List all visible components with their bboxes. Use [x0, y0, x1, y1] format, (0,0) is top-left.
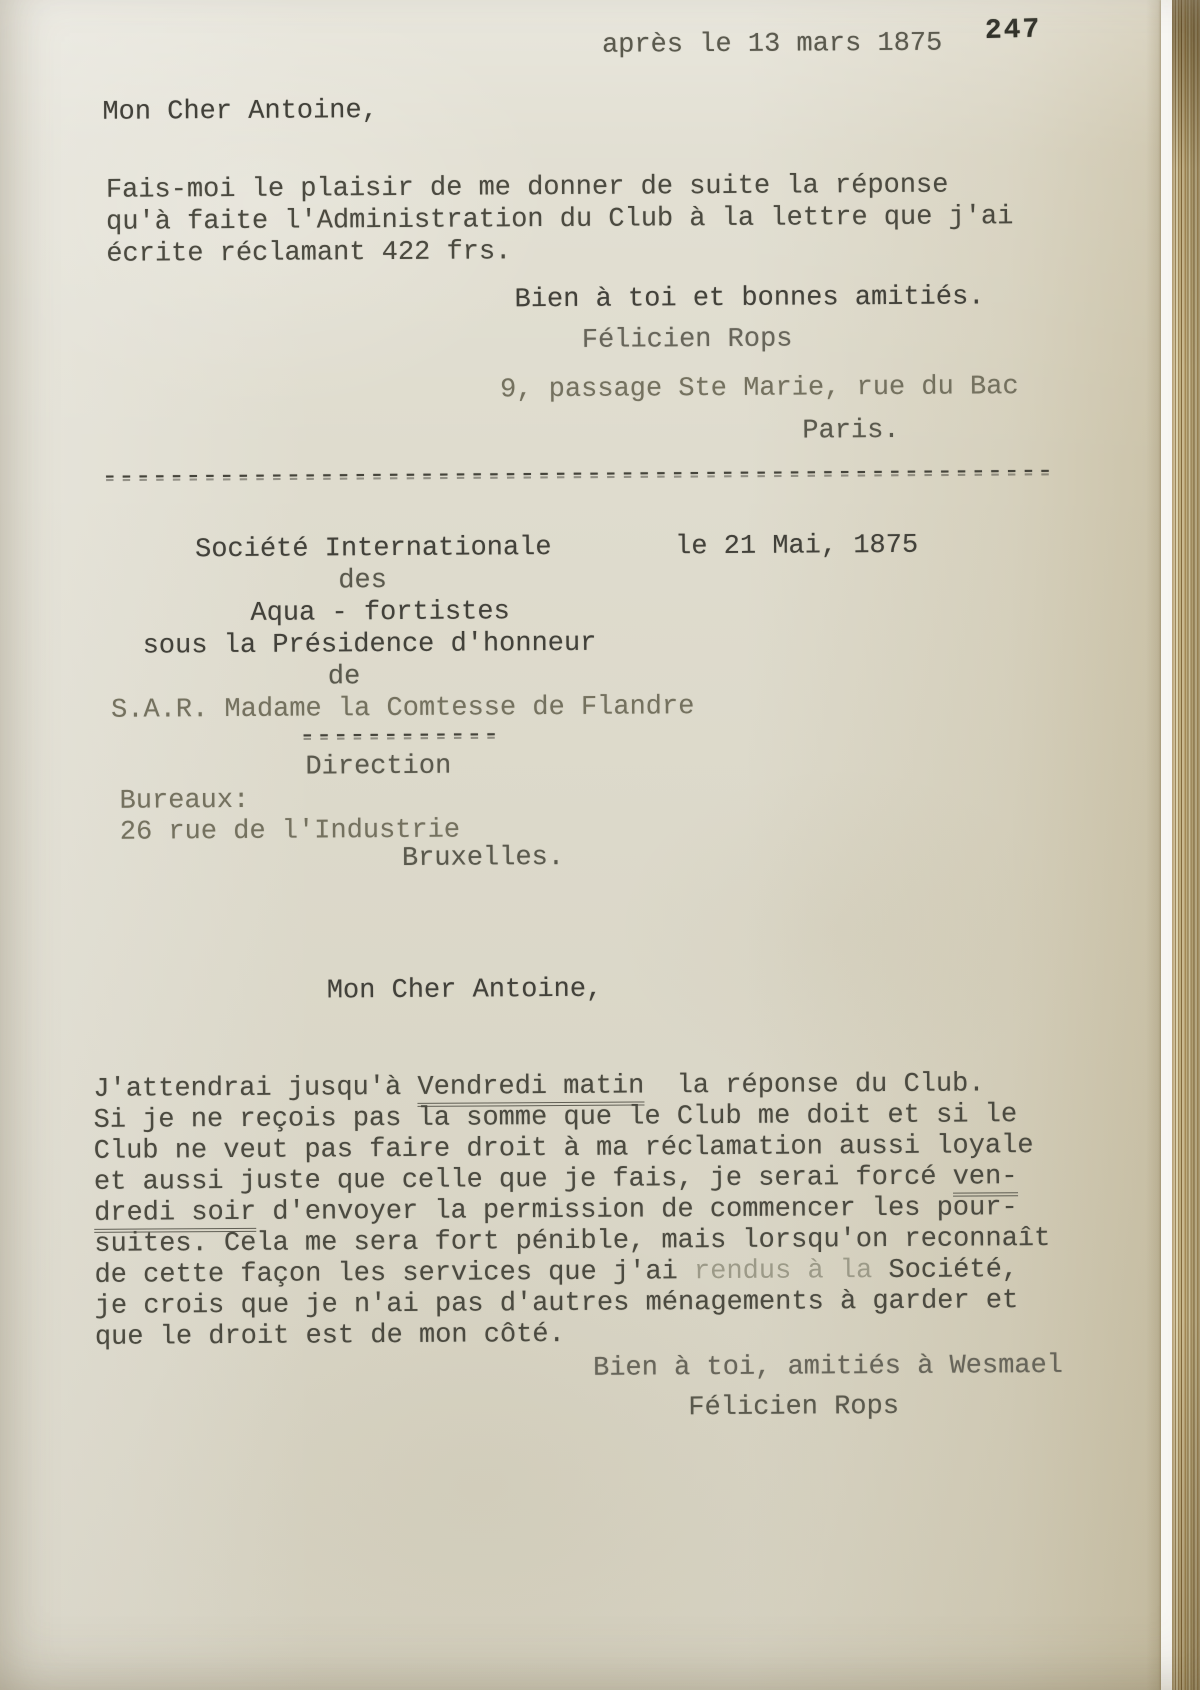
typed-body-line: que le droit est de mon côté. [95, 1317, 1051, 1354]
text-run: que le droit est de mon côté. [95, 1320, 565, 1353]
org-honorary-presidency-line: sous la Présidence d'honneur [143, 631, 597, 661]
letterhead-direction-label: Direction [305, 754, 451, 782]
underlined-text: ven- [953, 1162, 1018, 1196]
letter1-address-street: 9, passage Ste Marie, rue du Bac [500, 374, 1019, 404]
typed-body-line: je crois que je n'ai pas d'autres ménage… [95, 1286, 1051, 1323]
org-name-line3: Aqua - fortistes [250, 599, 509, 628]
letter1-date: après le 13 mars 1875 [602, 31, 942, 60]
org-de-line: de [328, 664, 361, 691]
text-run: Si je ne reçois pas la somme que le Club… [93, 1100, 1017, 1136]
text-run: qu'à faite l'Administration du Club à la… [106, 202, 1014, 238]
book-page-edge [1172, 0, 1200, 1690]
text-run: Fais-moi le plaisir de me donner de suit… [106, 171, 949, 206]
letter2-body: J'attendrai jusqu'à Vendredi matin la ré… [93, 1069, 1051, 1354]
letter1-salutation: Mon Cher Antoine, [102, 98, 378, 127]
underlined-text: dredi soir [94, 1198, 256, 1233]
text-run: Société, [888, 1255, 1018, 1286]
text-run: et aussi juste que celle que je fais, je… [94, 1163, 953, 1198]
page-edge-gap [1161, 0, 1172, 1690]
text-run: rendus à la [694, 1256, 889, 1287]
letter2-closing: Bien à toi, amitiés à Wesmael [593, 1353, 1063, 1383]
text-run: la réponse du Club. [644, 1069, 984, 1101]
letter1-address-city: Paris. [802, 418, 899, 446]
typed-body-line: qu'à faite l'Administration du Club à la… [106, 201, 1014, 239]
letter1-body: Fais-moi le plaisir de me donner de suit… [106, 169, 1014, 271]
text-run: d'envoyer la permission de commencer les… [256, 1193, 1018, 1228]
text-run: suites. Cela me sera fort pénible, mais … [94, 1224, 1050, 1260]
typed-body-line: écrite réclamant 422 frs. [106, 233, 1014, 271]
letterhead-bureaux-label: Bureaux: [120, 788, 250, 816]
org-name-line2: des [338, 568, 387, 595]
letter2-salutation: Mon Cher Antoine, [327, 977, 603, 1006]
page-crease-shadow [1146, 0, 1162, 1690]
letter2-signature: Félicien Rops [688, 1394, 899, 1422]
text-run: de cette façon les services que j'ai [94, 1257, 694, 1291]
letter2-date: le 21 Mai, 1875 [675, 533, 918, 561]
letterhead-office-street: 26 rue de l'Industrie [120, 818, 460, 847]
text-run: Club ne veut pas faire droit à ma réclam… [94, 1131, 1034, 1167]
book-edge-shading [1172, 0, 1200, 1690]
text-run: J'attendrai jusqu'à [93, 1073, 417, 1105]
scanned-letter-page: après le 13 mars 1875 247 Mon Cher Antoi… [0, 0, 1200, 1690]
typed-text-layer: après le 13 mars 1875 247 Mon Cher Antoi… [0, 0, 1200, 1690]
org-name-line1: Société Internationale [195, 535, 552, 564]
text-run: je crois que je n'ai pas d'autres ménage… [95, 1286, 1019, 1322]
letter1-closing: Bien à toi et bonnes amitiés. [515, 284, 985, 314]
text-run: écrite réclamant 422 frs. [106, 237, 511, 269]
letterhead-divider-dashes: ------------ [299, 722, 500, 750]
letterhead-office-city: Bruxelles. [402, 845, 564, 873]
letter1-signature: Félicien Rops [582, 327, 793, 355]
underlined-text: Vendredi matin [417, 1071, 644, 1106]
section-divider-dashes: ----------------------------------------… [102, 459, 1054, 492]
page-number: 247 [985, 16, 1042, 45]
